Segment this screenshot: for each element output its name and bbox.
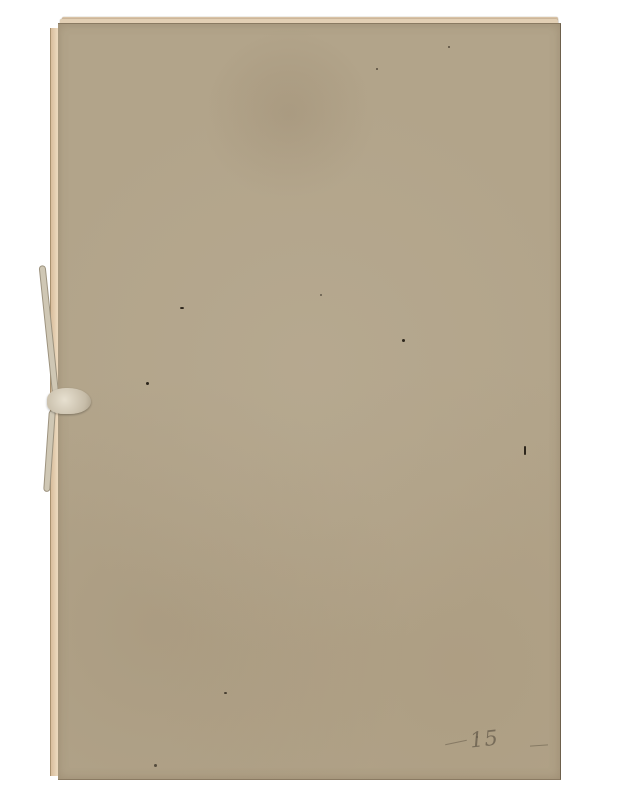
paper-speck — [320, 294, 322, 296]
paper-speck — [146, 382, 149, 385]
paper-speck — [376, 68, 378, 70]
handwritten-number: 15 — [469, 726, 500, 753]
paper-speck — [524, 446, 526, 455]
binding-string-knot — [47, 388, 91, 414]
paper-speck — [180, 307, 184, 309]
paper-speck — [402, 339, 405, 342]
paper-speck — [448, 46, 450, 48]
document-cover — [58, 23, 561, 780]
paper-speck — [224, 692, 227, 694]
paper-speck — [154, 764, 157, 767]
